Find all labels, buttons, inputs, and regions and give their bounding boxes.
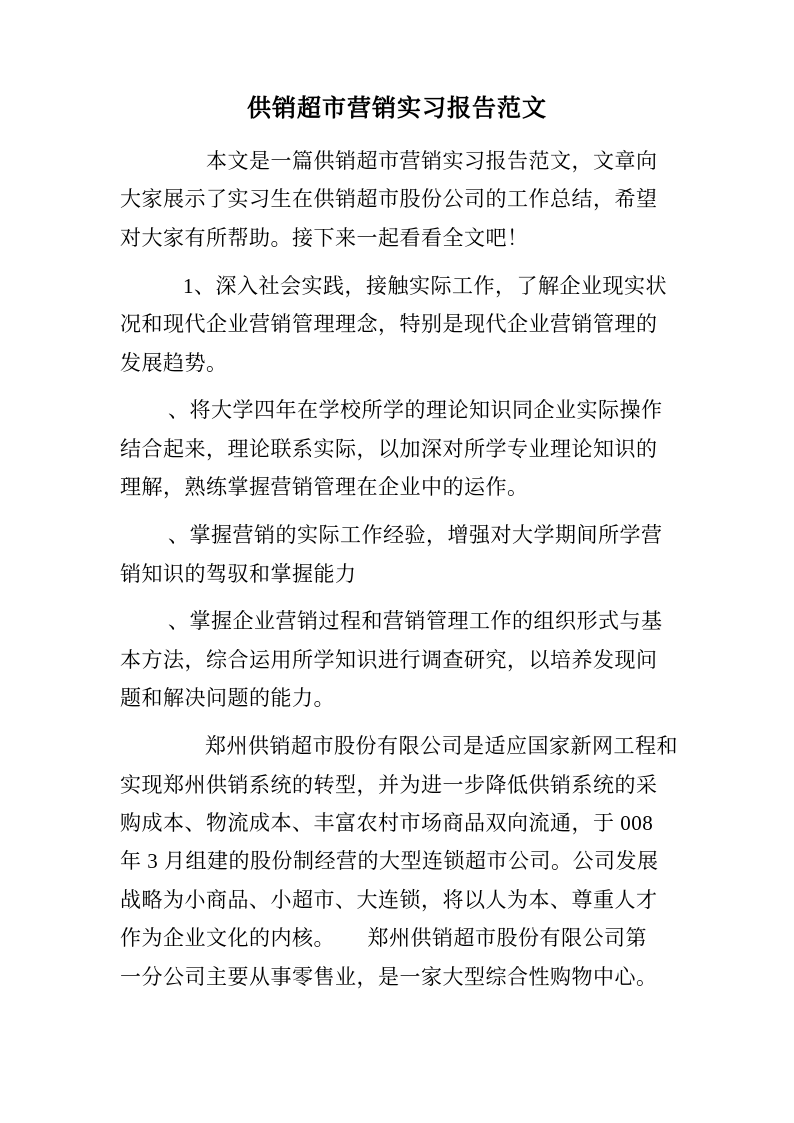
document-body: 本文是一篇供销超市营销实习报告范文，文章向大家展示了实习生在供销超市股份公司的工… bbox=[120, 142, 704, 996]
paragraph: 、将大学四年在学校所学的理论知识同企业实际操作结合起来，理论联系实际，以加深对所… bbox=[120, 391, 704, 506]
paragraph: 郑州供销超市股份有限公司是适应国家新网工程和实现郑州供销系统的转型，并为进一步降… bbox=[120, 727, 704, 996]
paragraph: 、掌握营销的实际工作经验，增强对大学期间所学营销知识的驾驭和掌握能力 bbox=[120, 516, 704, 593]
text-line: 结合起来，理论联系实际，以加深对所学专业理论知识的 bbox=[120, 430, 704, 468]
text-line: 销知识的驾驭和掌握能力 bbox=[120, 555, 704, 593]
text-line: 郑州供销超市股份有限公司是适应国家新网工程和 bbox=[120, 727, 704, 765]
text-line: 理解，熟练掌握营销管理在企业中的运作。 bbox=[120, 468, 704, 506]
paragraph: 1、深入社会实践，接触实际工作，了解企业现实状况和现代企业营销管理理念，特别是现… bbox=[120, 267, 704, 382]
text-line: 题和解决问题的能力。 bbox=[120, 679, 704, 717]
text-line: 本方法，综合运用所学知识进行调查研究，以培养发现问 bbox=[120, 641, 704, 679]
text-line: 、掌握企业营销过程和营销管理工作的组织形式与基 bbox=[120, 602, 704, 640]
text-line: 况和现代企业营销管理理念，特别是现代企业营销管理的 bbox=[120, 305, 704, 343]
text-line: 战略为小商品、小超市、大连锁，将以人为本、尊重人才 bbox=[120, 881, 704, 919]
text-line: 1、深入社会实践，接触实际工作，了解企业现实状 bbox=[120, 267, 704, 305]
text-line: 一分公司主要从事零售业，是一家大型综合性购物中心。 bbox=[120, 958, 704, 996]
text-line: 实现郑州供销系统的转型，并为进一步降低供销系统的采 bbox=[120, 766, 704, 804]
paragraph: 、掌握企业营销过程和营销管理工作的组织形式与基本方法，综合运用所学知识进行调查研… bbox=[120, 602, 704, 717]
text-line: 对大家有所帮助。接下来一起看看全文吧！ bbox=[120, 219, 704, 257]
text-line: 、掌握营销的实际工作经验，增强对大学期间所学营 bbox=[120, 516, 704, 554]
document-page: 供销超市营销实习报告范文 本文是一篇供销超市营销实习报告范文，文章向大家展示了实… bbox=[0, 0, 794, 1123]
text-line: 大家展示了实习生在供销超市股份公司的工作总结，希望 bbox=[120, 180, 704, 218]
text-line: 、将大学四年在学校所学的理论知识同企业实际操作 bbox=[120, 391, 704, 429]
text-line: 年 3 月组建的股份制经营的大型连锁超市公司。公司发展 bbox=[120, 842, 704, 880]
document-title: 供销超市营销实习报告范文 bbox=[0, 88, 794, 130]
text-line: 本文是一篇供销超市营销实习报告范文，文章向 bbox=[120, 142, 704, 180]
text-line: 购成本、物流成本、丰富农村市场商品双向流通，于 008 bbox=[120, 804, 704, 842]
text-line: 作为企业文化的内核。 郑州供销超市股份有限公司第 bbox=[120, 919, 704, 957]
paragraph: 本文是一篇供销超市营销实习报告范文，文章向大家展示了实习生在供销超市股份公司的工… bbox=[120, 142, 704, 257]
text-line: 发展趋势。 bbox=[120, 344, 704, 382]
